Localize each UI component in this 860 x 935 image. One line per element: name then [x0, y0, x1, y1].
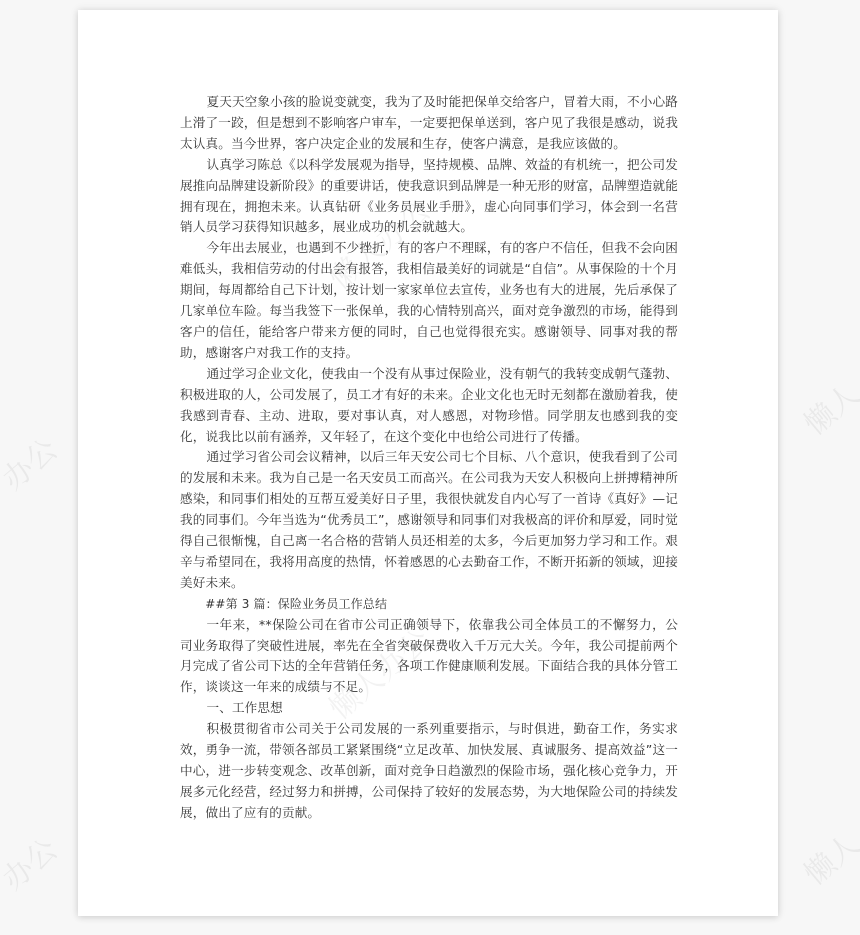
paragraph: 认真学习陈总《以科学发展观为指导，坚持规模、品牌、效益的有机统一，把公司发展推向… [180, 155, 678, 239]
document-body: 夏天天空象小孩的脸说变就变，我为了及时能把保单交给客户，冒着大雨，不小心路上滑了… [180, 92, 678, 824]
watermark-left-bottom: 办公 [0, 826, 65, 898]
paragraph: 一年来，**保险公司在省市公司正确领导下，依靠我公司全体员工的不懈努力，公司业务… [180, 615, 678, 699]
paragraph: 通过学习企业文化，使我由一个没有从事过保险业，没有朝气的我转变成朝气蓬勃、积极进… [180, 364, 678, 448]
section-heading: ##第 3 篇：保险业务员工作总结 [180, 594, 678, 615]
watermark-right-bottom: 懒人 [793, 821, 860, 893]
paragraph: 夏天天空象小孩的脸说变就变，我为了及时能把保单交给客户，冒着大雨，不小心路上滑了… [180, 92, 678, 155]
document-page: 懒人办公 懒人办公 夏天天空象小孩的脸说变就变，我为了及时能把保单交给客户，冒着… [78, 10, 778, 916]
watermark-right-top: 懒人 [793, 371, 860, 443]
subheading: 一、工作思想 [180, 698, 678, 719]
paragraph: 今年出去展业，也遇到不少挫折，有的客户不理睬，有的客户不信任，但我不会向困难低头… [180, 238, 678, 363]
paragraph: 积极贯彻省市公司关于公司发展的一系列重要指示，与时俱进，勤奋工作，务实求效，勇争… [180, 719, 678, 824]
paragraph: 通过学习省公司会议精神，以后三年天安公司七个目标、八个意识，使我看到了公司的发展… [180, 447, 678, 593]
watermark-left-top: 办公 [0, 426, 65, 498]
